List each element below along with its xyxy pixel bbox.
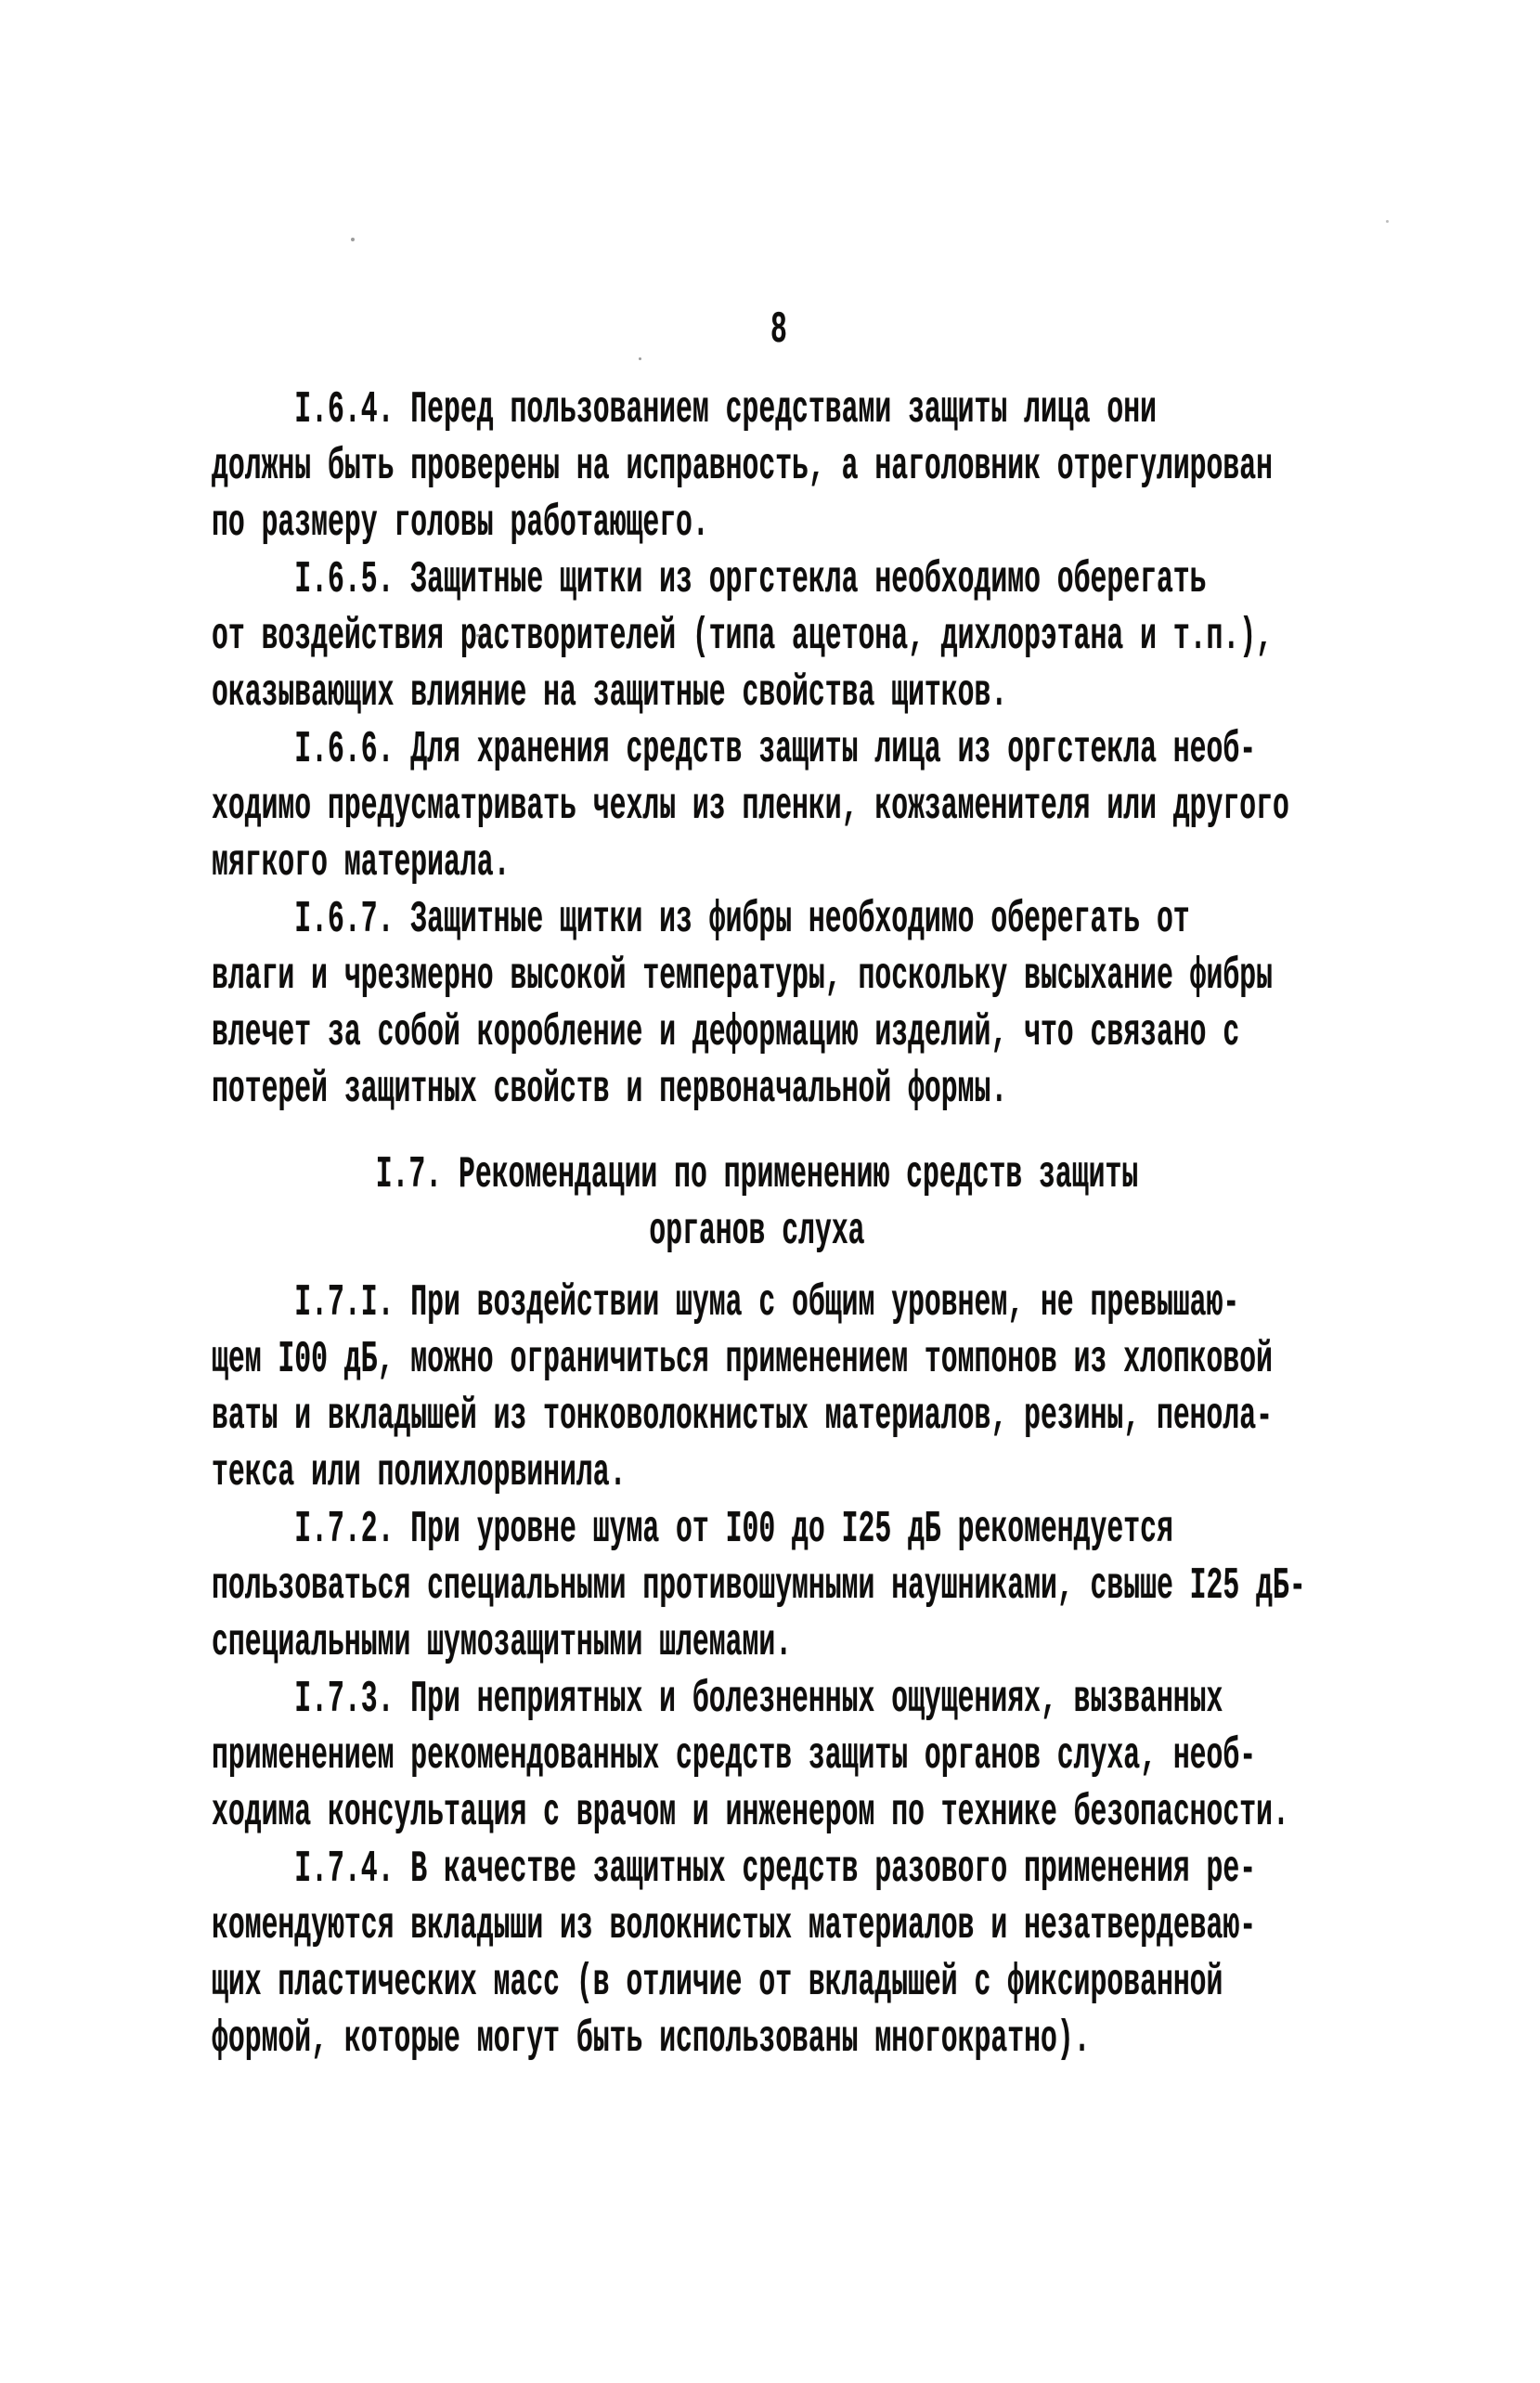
text-line: мягкого материала. (212, 835, 1302, 892)
text-line: применением рекомендованных средств защи… (212, 1729, 1302, 1785)
paragraph-1-6-6: I.6.6. Для хранения средств защиты лица … (212, 722, 1302, 892)
scan-speck (351, 238, 355, 241)
text-line: специальными шумозащитными шлемами. (212, 1615, 1302, 1672)
section-heading-1-7: I.7. Рекомендации по применению средств … (212, 1147, 1302, 1261)
text-line: I.7.3. При неприятных и болезненных ощущ… (212, 1672, 1302, 1729)
text-line: I.6.7. Защитные щитки из фибры необходим… (212, 892, 1302, 949)
text-line: щем I00 дБ, можно ограничиться применени… (212, 1332, 1302, 1389)
text-line: должны быть проверены на исправность, а … (212, 439, 1302, 496)
text-line: влаги и чрезмерно высокой температуры, п… (212, 949, 1302, 1005)
text-line: ваты и вкладышей из тонковолокнистых мат… (212, 1389, 1302, 1445)
text-line: оказывающих влияние на защитные свойства… (212, 666, 1302, 722)
text-line: комендуются вкладыши из волокнистых мате… (212, 1898, 1302, 1955)
paragraph-1-6-5: I.6.5. Защитные щитки из оргстекла необх… (212, 552, 1302, 722)
text-line: формой, которые могут быть использованы … (212, 2012, 1302, 2068)
text-line: I.6.5. Защитные щитки из оргстекла необх… (212, 552, 1302, 609)
paragraph-1-6-7: I.6.7. Защитные щитки из фибры необходим… (212, 892, 1302, 1119)
paragraph-1-7-1: I.7.I. При воздействии шума с общим уров… (212, 1276, 1302, 1502)
scan-speck (1386, 220, 1389, 223)
paragraph-1-6-4: I.6.4. Перед пользованием средствами защ… (212, 382, 1302, 552)
text-line: I.6.6. Для хранения средств защиты лица … (212, 722, 1302, 779)
heading-line: органов слуха (212, 1204, 1302, 1261)
text-block: I.6.4. Перед пользованием средствами защ… (212, 382, 1302, 2068)
paragraph-1-7-2: I.7.2. При уровне шума от I00 до I25 дБ … (212, 1502, 1302, 1672)
text-line: щих пластических масс (в отличие от вкла… (212, 1955, 1302, 2012)
scan-speck (639, 357, 641, 360)
text-line: ходима консультация с врачом и инженером… (212, 1785, 1302, 1842)
heading-line: I.7. Рекомендации по применению средств … (212, 1147, 1302, 1204)
text-line: I.7.2. При уровне шума от I00 до I25 дБ … (212, 1502, 1302, 1559)
text-line: ходимо предусматривать чехлы из пленки, … (212, 779, 1302, 835)
text-line: текса или полихлорвинила. (212, 1445, 1302, 1502)
text-line: по размеру головы работающего. (212, 496, 1302, 552)
document-page: 8 I.6.4. Перед пользованием средствами з… (0, 0, 1540, 2383)
text-line: I.7.4. В качестве защитных средств разов… (212, 1842, 1302, 1898)
text-line: I.6.4. Перед пользованием средствами защ… (212, 382, 1302, 439)
text-line: потерей защитных свойств и первоначально… (212, 1062, 1302, 1119)
text-line: I.7.I. При воздействии шума с общим уров… (212, 1276, 1302, 1332)
text-line: пользоваться специальными противошумными… (212, 1559, 1302, 1615)
paragraph-1-7-3: I.7.3. При неприятных и болезненных ощущ… (212, 1672, 1302, 1842)
text-line: от воздействия растворителей (типа ацето… (212, 609, 1302, 666)
text-line: влечет за собой коробление и деформацию … (212, 1005, 1302, 1062)
paragraph-1-7-4: I.7.4. В качестве защитных средств разов… (212, 1842, 1302, 2068)
page-number: 8 (770, 303, 787, 359)
